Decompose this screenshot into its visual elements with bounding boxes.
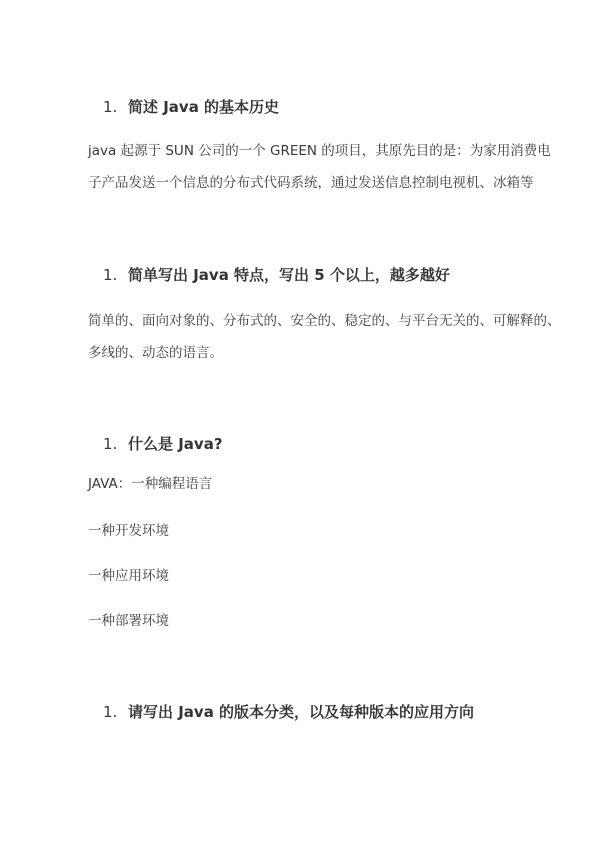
- paragraph-line: 一种开发环境: [88, 515, 169, 547]
- document-page: 1.简述 Java 的基本历史 java 起源于 SUN 公司的一个 GREEN…: [0, 0, 595, 842]
- paragraph-line: java 起源于 SUN 公司的一个 GREEN 的项目，其原先目的是：为家用消…: [88, 135, 551, 167]
- list-number: 1.: [103, 702, 128, 722]
- question-heading-1: 1.简述 Java 的基本历史: [103, 97, 279, 117]
- question-heading-3: 1.什么是 Java?: [103, 434, 223, 454]
- question-heading-2: 1.简单写出 Java 特点，写出 5 个以上，越多越好: [103, 265, 450, 285]
- paragraph-line: JAVA：一种编程语言: [88, 468, 212, 500]
- heading-text: 什么是 Java?: [128, 435, 223, 453]
- paragraph-line: 一种应用环境: [88, 560, 169, 592]
- list-number: 1.: [103, 97, 128, 117]
- paragraph-line: 子产品发送一个信息的分布式代码系统，通过发送信息控制电视机、冰箱等: [88, 167, 534, 199]
- heading-text: 简述 Java 的基本历史: [128, 98, 279, 116]
- paragraph-line: 一种部署环境: [88, 605, 169, 637]
- list-number: 1.: [103, 265, 128, 285]
- paragraph-line: 多线的、动态的语言。: [88, 337, 223, 369]
- heading-text: 简单写出 Java 特点，写出 5 个以上，越多越好: [128, 266, 450, 284]
- paragraph-line: 简单的、面向对象的、分布式的、安全的、稳定的、与平台无关的、可解释的、: [88, 305, 561, 337]
- question-heading-4: 1.请写出 Java 的版本分类，以及每种版本的应用方向: [103, 702, 474, 722]
- heading-text: 请写出 Java 的版本分类，以及每种版本的应用方向: [128, 703, 474, 721]
- list-number: 1.: [103, 434, 128, 454]
